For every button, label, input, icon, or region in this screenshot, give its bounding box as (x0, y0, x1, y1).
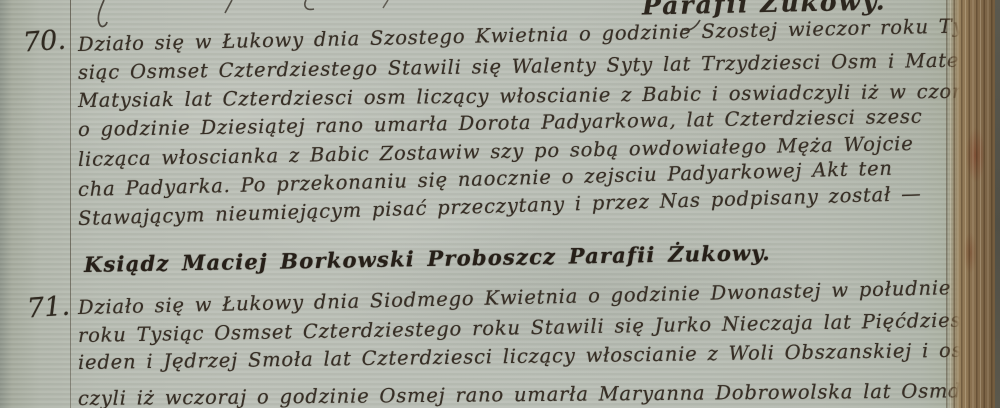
record-line: czyli iż wczoraj o godzinie Osmej rano u… (78, 379, 992, 408)
page-binding-edge (946, 0, 1000, 408)
ink-stroke-fragment (98, 0, 107, 26)
parish-register-scan: Parafii Żukowy. 70. Działo się w Łukowy … (0, 0, 1000, 408)
page-edge-strip (995, 0, 1000, 408)
priest-signature: Ksiądz Maciej Borkowski Proboszcz Parafi… (84, 240, 771, 277)
entry-number-70: 70. (22, 25, 67, 59)
ink-stroke-fragment (383, 0, 388, 8)
entry-number-71: 71. (26, 291, 71, 325)
ink-stroke-fragment (225, 0, 232, 13)
record-line: siąc Osmset Czterdziestego Stawili się W… (78, 48, 995, 84)
margin-rule-line (70, 0, 71, 408)
ink-stroke-fragment (305, 0, 314, 9)
